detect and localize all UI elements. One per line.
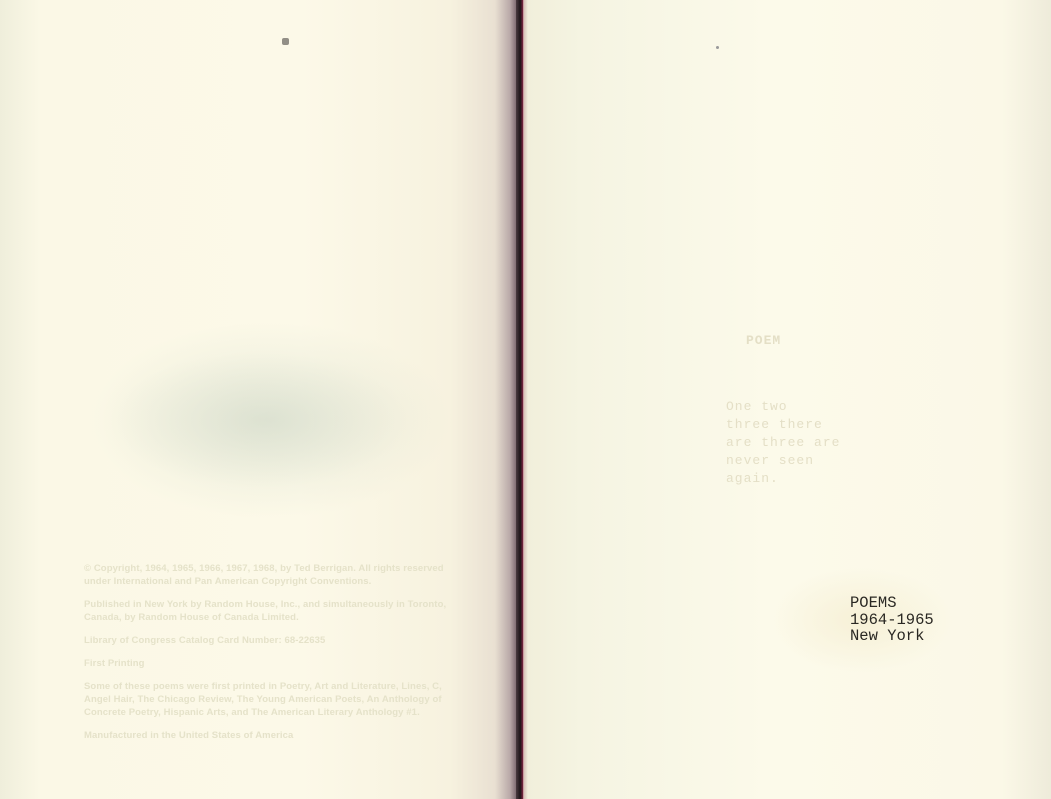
paper-speck (282, 38, 289, 45)
book-place: New York (850, 628, 934, 645)
book-spread: © Copyright, 1964, 1965, 1966, 1967, 196… (0, 0, 1051, 799)
show-through-poem-text: One twothree thereare three arenever see… (726, 398, 840, 488)
poem-line: again. (726, 470, 840, 488)
manufactured-line: Manufactured in the United States of Ame… (84, 729, 464, 742)
book-gutter (516, 0, 523, 799)
copyright-line: © Copyright, 1964, 1965, 1966, 1967, 196… (84, 562, 464, 588)
paper-speck (716, 46, 719, 49)
show-through-poem-title: POEM (746, 332, 781, 350)
catalog-number: Library of Congress Catalog Card Number:… (84, 634, 464, 647)
acknowledgements: Some of these poems were first printed i… (84, 680, 464, 719)
poem-line: are three are (726, 434, 840, 452)
book-years: 1964-1965 (850, 612, 934, 629)
poem-line: One two (726, 398, 840, 416)
left-page-verso: © Copyright, 1964, 1965, 1966, 1967, 196… (0, 0, 522, 799)
copyright-notice: © Copyright, 1964, 1965, 1966, 1967, 196… (84, 562, 464, 752)
publisher-line: Published in New York by Random House, I… (84, 598, 464, 624)
poem-line: never seen (726, 452, 840, 470)
title-block: POEMS 1964-1965 New York (850, 595, 934, 645)
poem-line: three there (726, 416, 840, 434)
book-title: POEMS (850, 595, 934, 612)
printing-line: First Printing (84, 657, 464, 670)
